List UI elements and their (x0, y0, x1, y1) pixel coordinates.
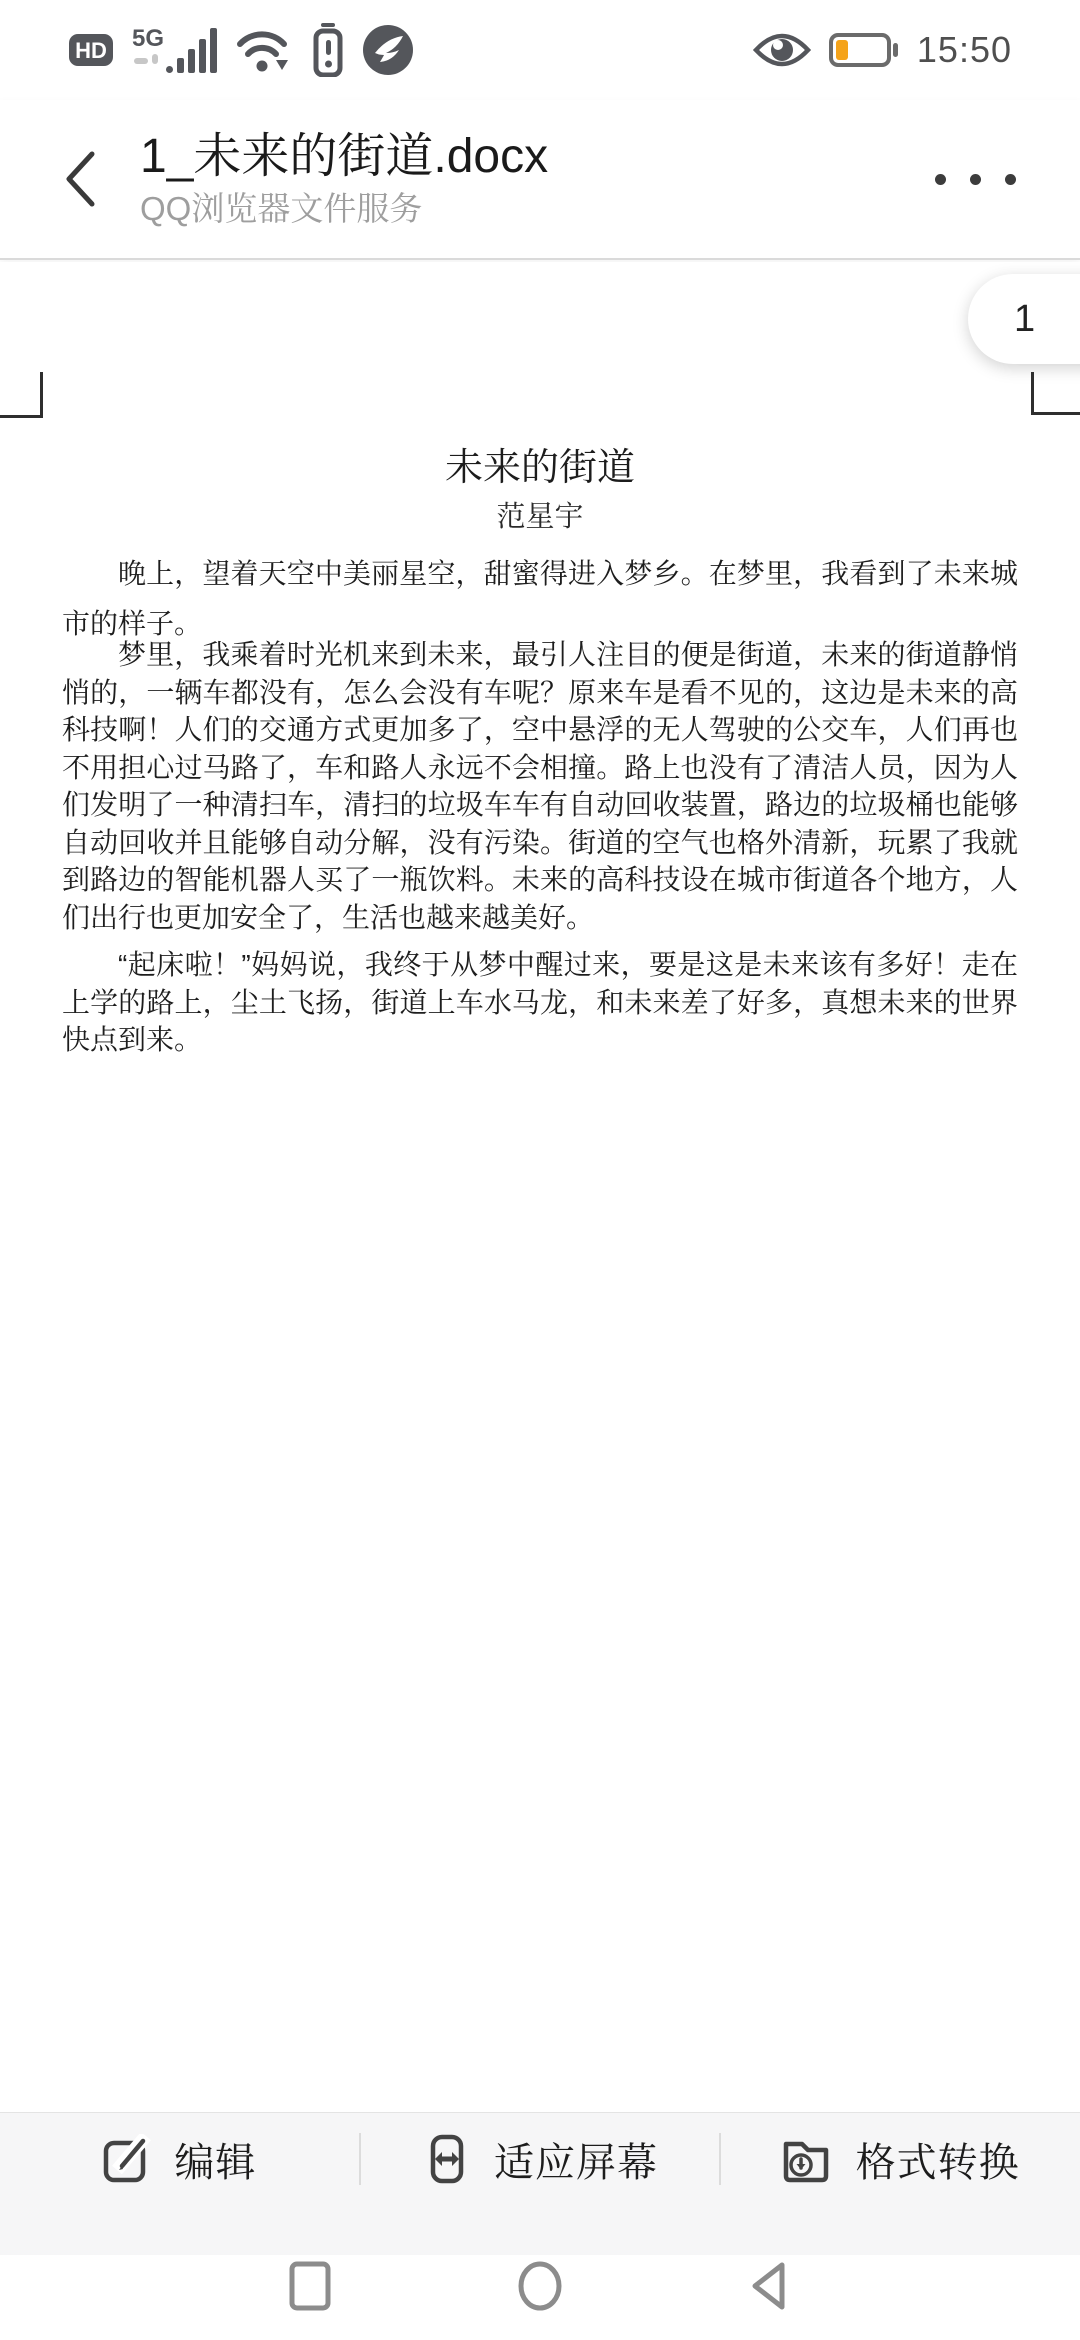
recents-icon (289, 2261, 331, 2311)
essay-title: 未来的街道 (0, 436, 1080, 491)
bottom-toolbar: 编辑 适应屏幕 格式转换 (0, 2112, 1080, 2255)
essay-body: 晚上，望着天空中美丽星空，甜蜜得进入梦乡。在梦里，我看到了未来城市的样子。 梦里… (62, 549, 1018, 1059)
status-bar: HD 5G (0, 0, 1080, 100)
status-icons-left: HD 5G (68, 23, 414, 77)
home-icon (518, 2261, 562, 2311)
file-source-subtitle: QQ浏览器文件服务 (140, 189, 931, 229)
page-corner-mark-left (40, 372, 43, 417)
edit-button[interactable]: 编辑 (0, 2113, 359, 2205)
page-number-badge: 1 (968, 274, 1080, 364)
edit-label: 编辑 (174, 2131, 256, 2188)
hd-icon: HD (68, 33, 114, 67)
fit-screen-label: 适应屏幕 (494, 2131, 658, 2188)
fit-screen-icon (422, 2134, 472, 2184)
eye-protection-icon (753, 29, 811, 71)
header-titles: 1_未来的街道.docx QQ浏览器文件服务 (140, 129, 931, 229)
wifi-icon (236, 26, 294, 74)
clock-time: 15:50 (917, 29, 1012, 71)
essay-author: 范星宇 (0, 494, 1080, 535)
file-title: 1_未来的街道.docx (140, 129, 931, 185)
recents-button[interactable] (289, 2261, 331, 2311)
signal-icon: 5G (132, 24, 218, 76)
battery-icon (829, 30, 899, 70)
dingtalk-icon (362, 24, 414, 76)
svg-text:HD: HD (75, 38, 107, 63)
format-convert-label: 格式转换 (856, 2131, 1020, 2188)
more-menu-icon[interactable] (931, 164, 1020, 195)
back-button[interactable] (748, 2261, 788, 2311)
format-convert-button[interactable]: 格式转换 (721, 2113, 1080, 2205)
svg-text:5G: 5G (132, 25, 164, 52)
page-corner-mark-right (1031, 412, 1080, 415)
home-button[interactable] (518, 2261, 562, 2311)
edit-icon (102, 2134, 152, 2184)
doc-paragraph: 梦里，我乘着时光机来到未来，最引人注目的便是街道，未来的街道静悄悄的，一辆车都没… (62, 636, 1018, 936)
doc-paragraph: “起床啦！”妈妈说，我终于从梦中醒过来，要是这是未来该有多好！走在上学的路上，尘… (62, 946, 1018, 1059)
format-convert-icon (782, 2134, 834, 2184)
page-corner-mark-left (0, 415, 43, 418)
android-nav-bar (0, 2255, 1080, 2340)
doc-paragraph: 晚上，望着天空中美丽星空，甜蜜得进入梦乡。在梦里，我看到了未来城市的样子。 (62, 549, 1018, 649)
phone-screen: HD 5G (0, 0, 1080, 2340)
document-viewer[interactable]: 1 未来的街道 范星宇 晚上，望着天空中美丽星空，甜蜜得进入梦乡。在梦里，我看到… (0, 262, 1080, 2112)
page-corner-mark-right (1031, 372, 1034, 415)
back-triangle-icon (748, 2261, 788, 2311)
app-header: 1_未来的街道.docx QQ浏览器文件服务 (0, 100, 1080, 260)
fit-screen-button[interactable]: 适应屏幕 (361, 2113, 720, 2205)
back-chevron-icon[interactable] (62, 150, 98, 208)
alert-icon (312, 23, 344, 77)
status-icons-right: 15:50 (753, 29, 1012, 71)
